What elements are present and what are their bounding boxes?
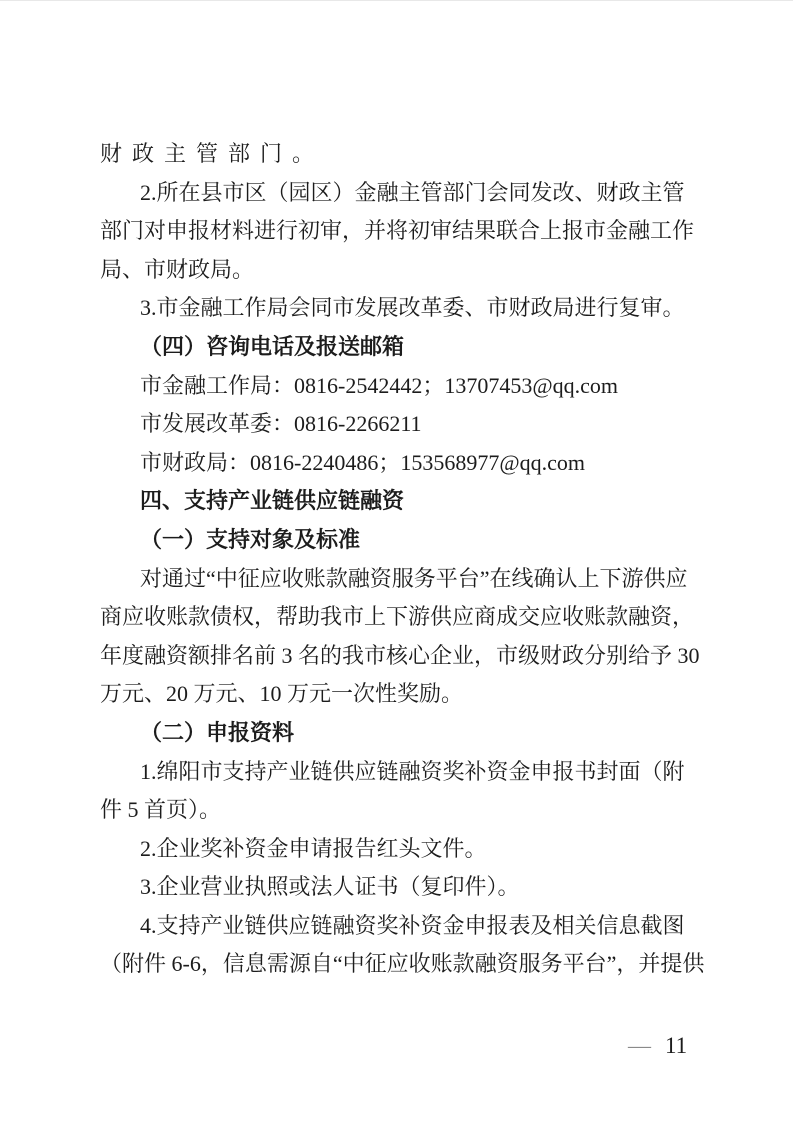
text-line: 四、支持产业链供应链融资 xyxy=(100,482,710,521)
text-line: 2.所在县市区（园区）金融主管部门会同发改、财政主管 xyxy=(100,174,710,213)
text-line: 1.绵阳市支持产业链供应链融资奖补资金申报书封面（附 xyxy=(100,753,710,792)
page-number-value: 11 xyxy=(665,1033,687,1058)
text-line: （四）咨询电话及报送邮箱 xyxy=(100,328,710,367)
document-body: 财政主管部门。2.所在县市区（园区）金融主管部门会同发改、财政主管部门对申报材料… xyxy=(100,135,710,984)
text-line: 2.企业奖补资金申请报告红头文件。 xyxy=(100,830,710,869)
text-line: 部门对申报材料进行初审，并将初审结果联合上报市金融工作 xyxy=(100,212,710,251)
text-line: （二）申报资料 xyxy=(100,714,710,753)
text-line: 3.市金融工作局会同市发展改革委、市财政局进行复审。 xyxy=(100,289,710,328)
page-number: —11 xyxy=(628,1032,687,1060)
text-line: 4.支持产业链供应链融资奖补资金申报表及相关信息截图 xyxy=(100,907,710,946)
text-line: 万元、20 万元、10 万元一次性奖励。 xyxy=(100,675,710,714)
text-line: 年度融资额排名前 3 名的我市核心企业，市级财政分别给予 30 xyxy=(100,637,710,676)
text-line: 市财政局：0816-2240486；153568977@qq.com xyxy=(100,444,710,483)
text-line: 件 5 首页）。 xyxy=(100,791,710,830)
text-line: 对通过“中征应收账款融资服务平台”在线确认上下游供应 xyxy=(100,560,710,599)
text-line: 商应收账款债权，帮助我市上下游供应商成交应收账款融资， xyxy=(100,598,710,637)
text-line: 市发展改革委：0816-2266211 xyxy=(100,405,710,444)
page-number-dash: — xyxy=(628,1033,651,1058)
text-line: （附件 6-6，信息需源自“中征应收账款融资服务平台”，并提供 xyxy=(100,945,710,984)
text-line: 财政主管部门。 xyxy=(100,135,710,174)
document-page: 财政主管部门。2.所在县市区（园区）金融主管部门会同发改、财政主管部门对申报材料… xyxy=(0,0,793,1123)
text-line: 局、市财政局。 xyxy=(100,251,710,290)
text-line: 3.企业营业执照或法人证书（复印件）。 xyxy=(100,868,710,907)
text-line: （一）支持对象及标准 xyxy=(100,521,710,560)
text-line: 市金融工作局：0816-2542442；13707453@qq.com xyxy=(100,367,710,406)
